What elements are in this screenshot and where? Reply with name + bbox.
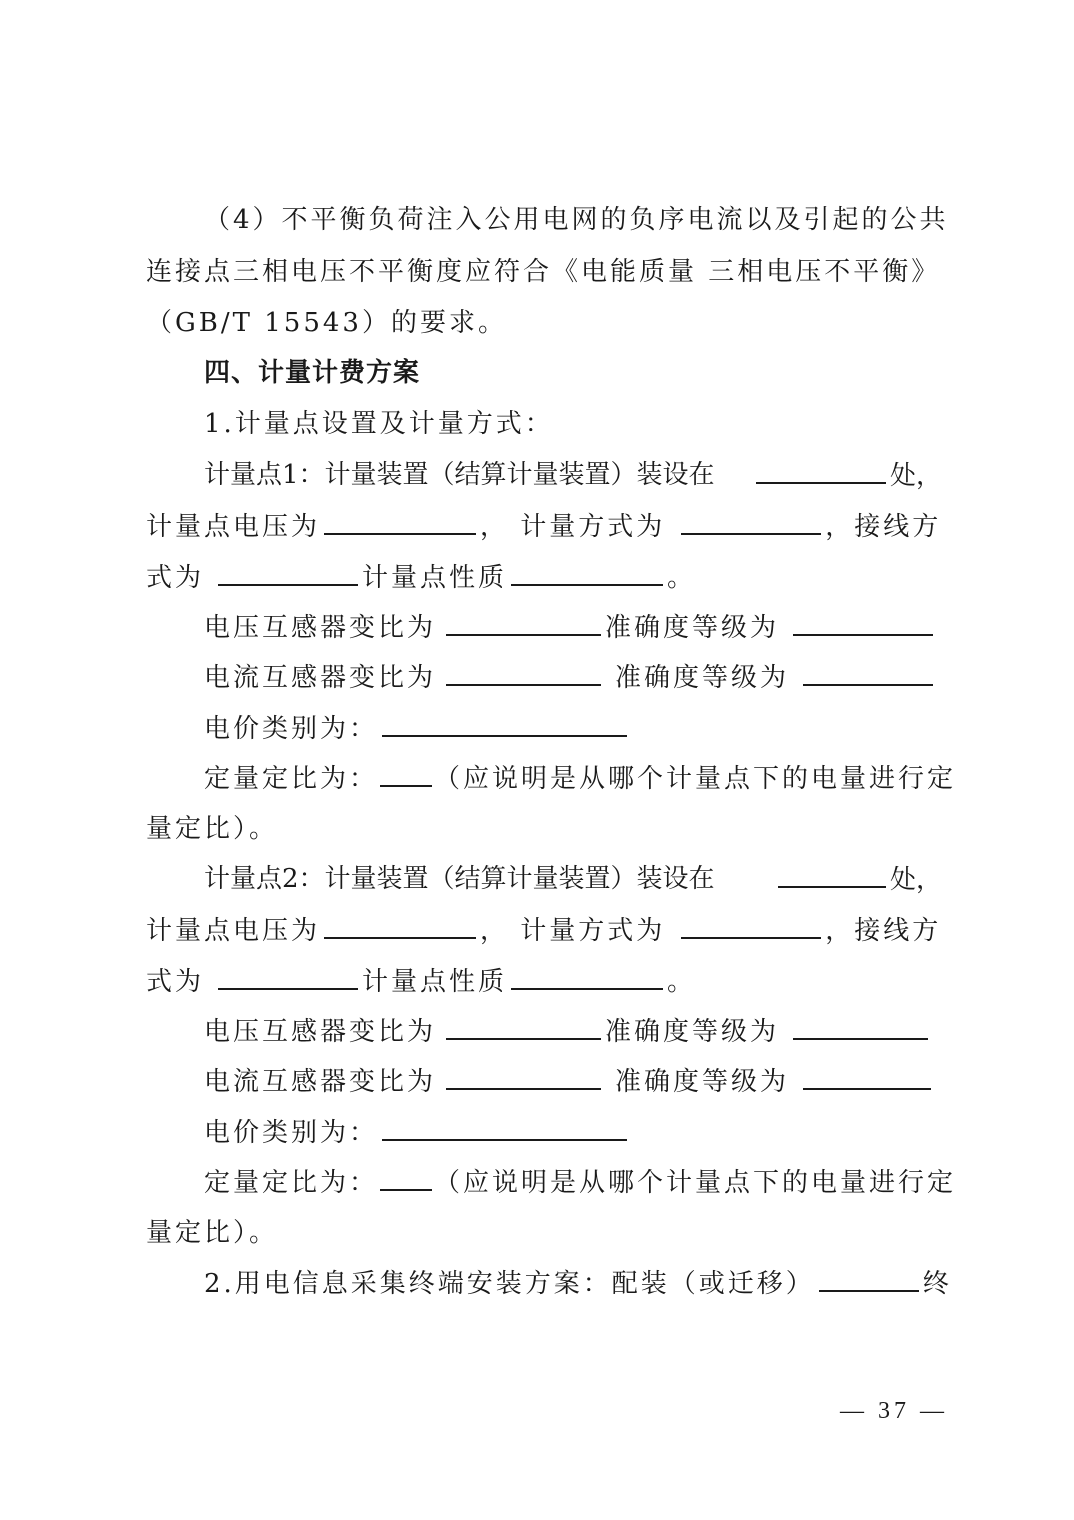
paragraph-4-line-3: （GB/T 15543）的要求。: [146, 306, 942, 340]
mp2-quota-line-2: 量定比）。: [146, 1216, 942, 1250]
mp1-line-3: 式为计量点性质。: [146, 560, 942, 595]
mp1-pt-line: 电压互感器变比为准确度等级为: [204, 610, 942, 645]
pt-ratio-field[interactable]: [446, 1014, 601, 1040]
mp2-ct-line: 电流互感器变比为准确度等级为: [204, 1064, 942, 1099]
mp1-ct-line: 电流互感器变比为准确度等级为: [204, 660, 942, 695]
mp2-line-3: 式为计量点性质。: [146, 964, 942, 999]
wiring-field[interactable]: [218, 560, 358, 586]
mp1-price-line: 电价类别为：: [204, 711, 942, 746]
install-location-field[interactable]: [756, 458, 886, 484]
nature-field[interactable]: [511, 560, 663, 586]
paragraph-4-line-2: 连接点三相电压不平衡度应符合《电能质量 三相电压不平衡》: [146, 255, 942, 289]
mp1-line-2: 计量点电压为， 计量方式为，接线方: [146, 509, 942, 544]
price-category-field[interactable]: [382, 1115, 627, 1141]
metering-method-field[interactable]: [681, 913, 821, 939]
mp2-line-2: 计量点电压为， 计量方式为，接线方: [146, 913, 942, 948]
mp1-quota-line: 定量定比为：（应说明是从哪个计量点下的电量进行定: [204, 761, 942, 796]
paragraph-4-line-1: （4）不平衡负荷注入公用电网的负序电流以及引起的公共: [204, 203, 942, 237]
pt-accuracy-field[interactable]: [793, 1014, 928, 1040]
mp2-quota-line: 定量定比为：（应说明是从哪个计量点下的电量进行定: [204, 1165, 942, 1200]
ct-ratio-field[interactable]: [446, 1064, 601, 1090]
install-location-field[interactable]: [778, 862, 886, 888]
mp1-line-1: 计量点1：计量装置（结算计量装置）装设在 处，: [204, 458, 942, 493]
quota-field[interactable]: [380, 1165, 432, 1191]
mp1-quota-line-2: 量定比）。: [146, 812, 942, 846]
ct-ratio-field[interactable]: [446, 660, 601, 686]
metering-method-field[interactable]: [681, 509, 821, 535]
wiring-field[interactable]: [218, 964, 358, 990]
pt-accuracy-field[interactable]: [793, 610, 933, 636]
mp2-price-line: 电价类别为：: [204, 1115, 942, 1150]
voltage-field[interactable]: [324, 913, 476, 939]
item-1-title: 1.计量点设置及计量方式：: [204, 407, 942, 441]
mp2-line-1: 计量点2：计量装置（结算计量装置）装设在 处，: [204, 862, 942, 897]
voltage-field[interactable]: [324, 509, 476, 535]
terminal-field[interactable]: [819, 1266, 919, 1292]
item-2-line: 2.用电信息采集终端安装方案：配装（或迁移）终: [204, 1266, 942, 1301]
ct-accuracy-field[interactable]: [803, 1064, 931, 1090]
pt-ratio-field[interactable]: [446, 610, 601, 636]
section-title: 四、计量计费方案: [204, 356, 942, 390]
price-category-field[interactable]: [382, 711, 627, 737]
quota-field[interactable]: [380, 761, 432, 787]
ct-accuracy-field[interactable]: [803, 660, 933, 686]
page-number: — 37 —: [840, 1398, 948, 1425]
mp2-pt-line: 电压互感器变比为准确度等级为: [204, 1014, 942, 1049]
nature-field[interactable]: [511, 964, 663, 990]
